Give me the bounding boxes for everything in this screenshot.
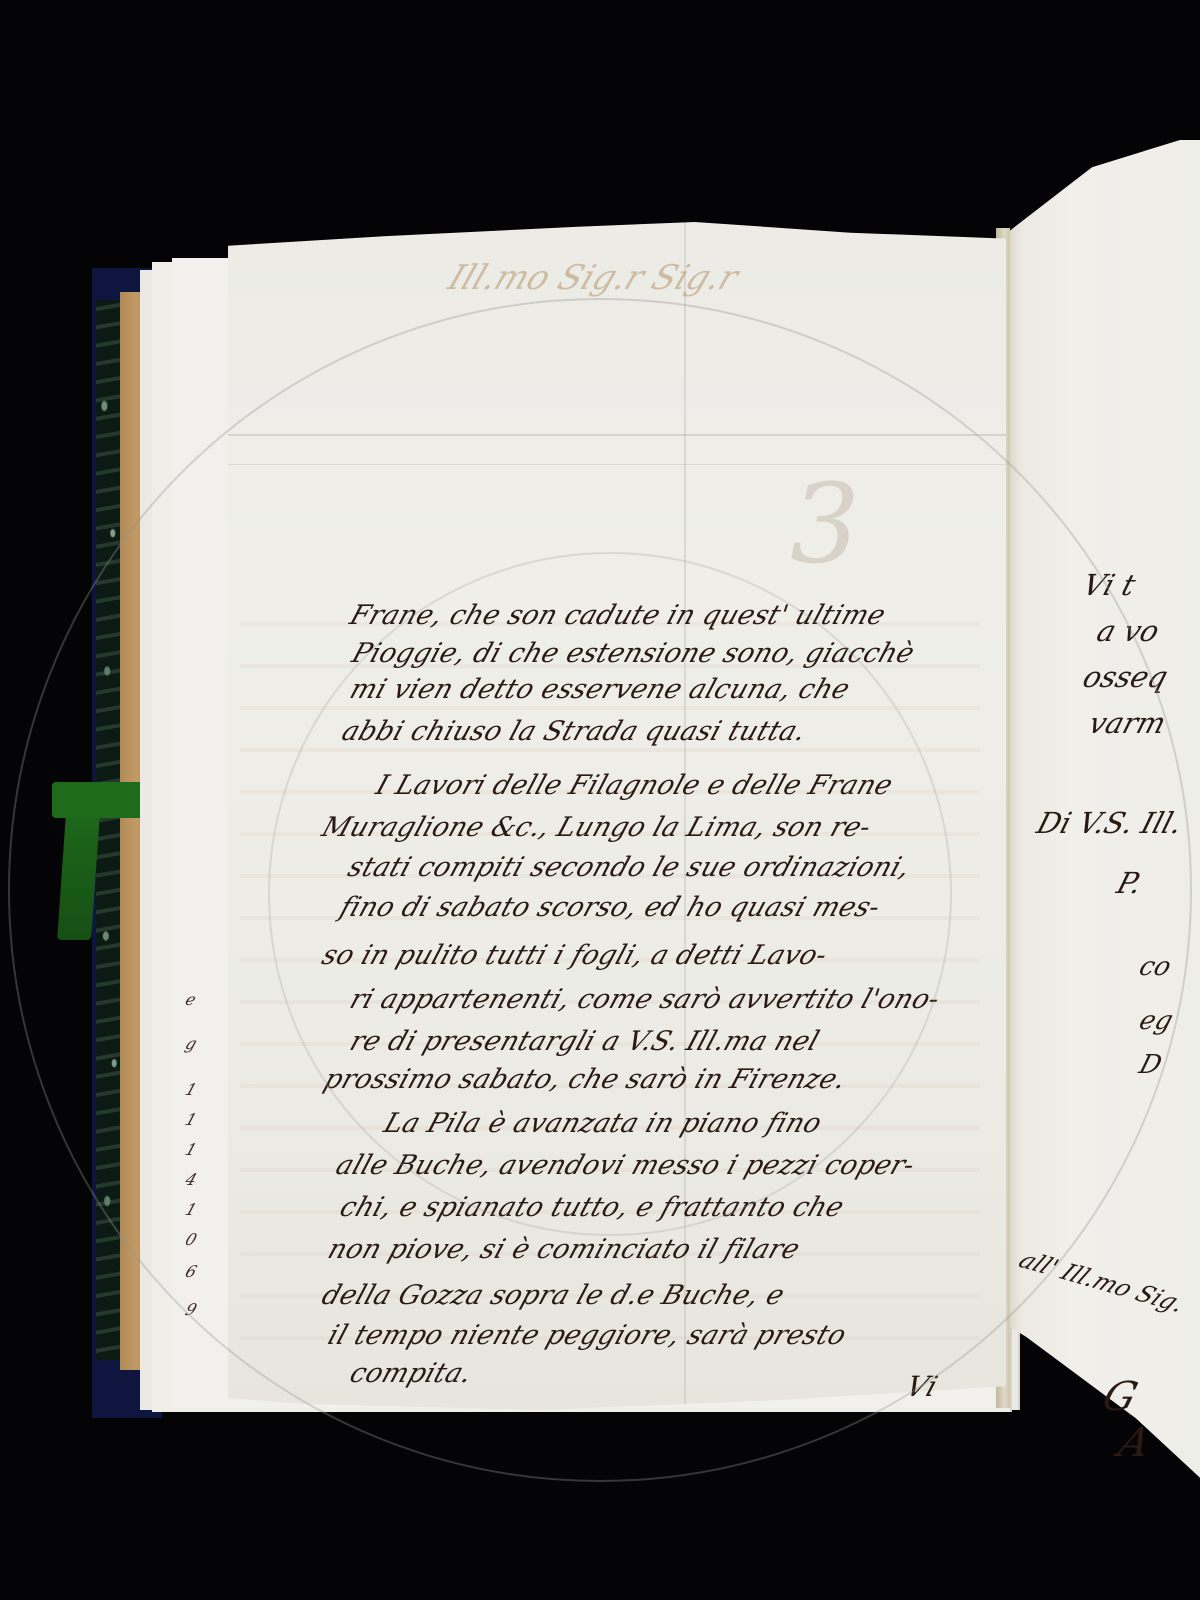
handwritten-line: mi vien detto esservene alcuna, che: [346, 674, 854, 705]
right-page-line: varm: [1085, 706, 1170, 740]
handwritten-line: fino di sabato scorso, ed ho quasi mes-: [336, 892, 884, 923]
handwritten-line: so in pulito tutti i fogli, a detti Lavo…: [318, 940, 831, 971]
faint-page-number: 3: [790, 460, 860, 588]
handwritten-line: non piove, si è cominciato il filare: [324, 1234, 804, 1265]
signature-flourish: A: [1113, 1420, 1155, 1466]
green-ribbon-tie: [52, 782, 144, 818]
handwritten-line: abbi chiuso la Strada quasi tutta.: [338, 716, 810, 747]
handwritten-line: Pioggie, di che estensione sono, giacchè: [348, 638, 918, 669]
handwritten-line: prossimo sabato, che sarò in Firenze.: [320, 1064, 850, 1095]
manuscript-photo: Ill.mo Sig.r Sig.r 3 Frane, che son cadu…: [0, 0, 1200, 1600]
handwritten-line: stati compiti secondo le sue ordinazioni…: [344, 852, 914, 883]
right-page-line: Di V.S. Ill.: [1033, 806, 1186, 840]
right-page-line: a vo: [1093, 614, 1163, 648]
right-page-line: osseq: [1079, 660, 1172, 694]
fold-crease-horizontal: [228, 434, 1006, 436]
fold-crease-horizontal-2: [228, 464, 1006, 465]
handwritten-line: compita.: [346, 1358, 476, 1389]
handwritten-line: Frane, che son cadute in quest' ultime: [346, 600, 889, 631]
handwritten-line: I Lavori delle Filagnole e delle Frane: [372, 770, 897, 801]
handwritten-line: ri appartenenti, come sarò avvertito l'o…: [346, 984, 944, 1015]
handwritten-line: chi, e spianato tutto, e frattanto che: [336, 1192, 848, 1223]
right-page-line: Vi t: [1079, 568, 1139, 602]
handwritten-line: La Pila è avanzata in piano fino: [380, 1108, 826, 1139]
handwritten-line: il tempo niente peggiore, sarà presto: [324, 1320, 850, 1351]
handwritten-line: della Gozza sopra le d.e Buche, e: [318, 1280, 788, 1311]
faint-address-header: Ill.mo Sig.r Sig.r: [443, 258, 744, 298]
handwritten-line: re di presentargli a V.S. Ill.ma nel: [346, 1026, 823, 1057]
handwritten-line: alle Buche, avendovi messo i pezzi coper…: [332, 1150, 919, 1181]
handwritten-line: Muraglione &c., Lungo la Lima, son re-: [318, 812, 875, 843]
